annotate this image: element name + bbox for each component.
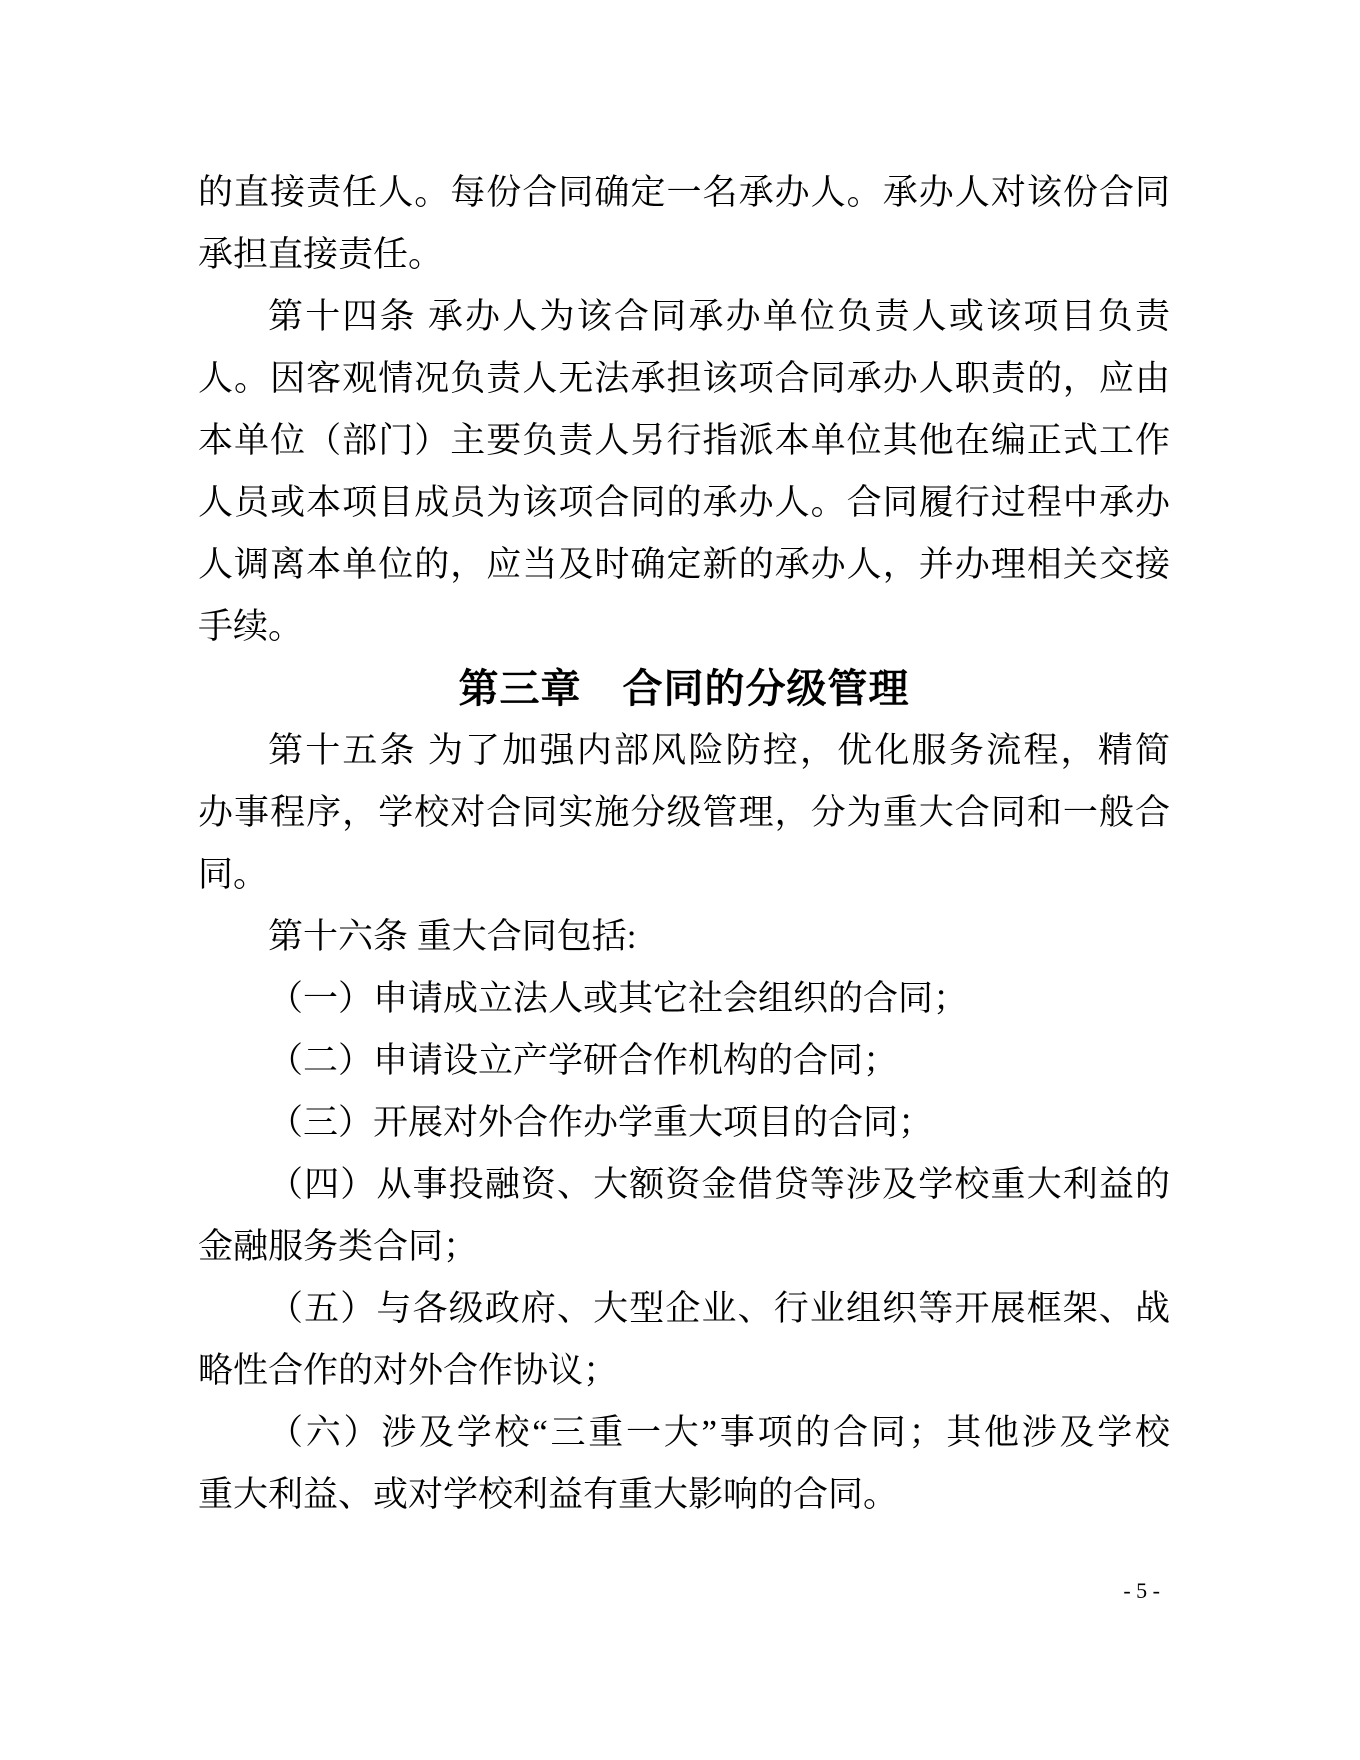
text-line: 重大利益、或对学校利益有重大影响的合同。: [198, 1464, 1170, 1526]
page-number: - 5 -: [198, 1576, 1170, 1606]
text-line: 承担直接责任。: [198, 224, 1170, 286]
text-line: 第十六条 重大合同包括:: [198, 906, 1170, 968]
text-line: 本单位（部门）主要负责人另行指派本单位其他在编正式工作: [198, 410, 1170, 472]
chapter-heading: 第三章 合同的分级管理: [198, 658, 1170, 720]
text-line: 同。: [198, 844, 1170, 906]
text-line: 人。因客观情况负责人无法承担该项合同承办人职责的，应由: [198, 348, 1170, 410]
text-line: （二）申请设立产学研合作机构的合同；: [198, 1030, 1170, 1092]
text-line: 第十四条 承办人为该合同承办单位负责人或该项目负责: [198, 286, 1170, 348]
text-line: （五）与各级政府、大型企业、行业组织等开展框架、战: [198, 1278, 1170, 1340]
text-line: 人员或本项目成员为该项合同的承办人。合同履行过程中承办: [198, 472, 1170, 534]
text-line: 的直接责任人。每份合同确定一名承办人。承办人对该份合同: [198, 162, 1170, 224]
text-line: 略性合作的对外合作协议；: [198, 1340, 1170, 1402]
text-line: （一）申请成立法人或其它社会组织的合同；: [198, 968, 1170, 1030]
text-line: （三）开展对外合作办学重大项目的合同；: [198, 1092, 1170, 1154]
text-line: 办事程序，学校对合同实施分级管理，分为重大合同和一般合: [198, 782, 1170, 844]
text-line: （六）涉及学校“三重一大”事项的合同；其他涉及学校: [198, 1402, 1170, 1464]
document-body: 的直接责任人。每份合同确定一名承办人。承办人对该份合同承担直接责任。第十四条 承…: [198, 162, 1170, 1526]
document-page: 的直接责任人。每份合同确定一名承办人。承办人对该份合同承担直接责任。第十四条 承…: [0, 0, 1360, 1760]
text-line: 手续。: [198, 596, 1170, 658]
text-line: 人调离本单位的，应当及时确定新的承办人，并办理相关交接: [198, 534, 1170, 596]
text-line: 金融服务类合同；: [198, 1216, 1170, 1278]
text-line: 第十五条 为了加强内部风险防控，优化服务流程，精简: [198, 720, 1170, 782]
text-line: （四）从事投融资、大额资金借贷等涉及学校重大利益的: [198, 1154, 1170, 1216]
